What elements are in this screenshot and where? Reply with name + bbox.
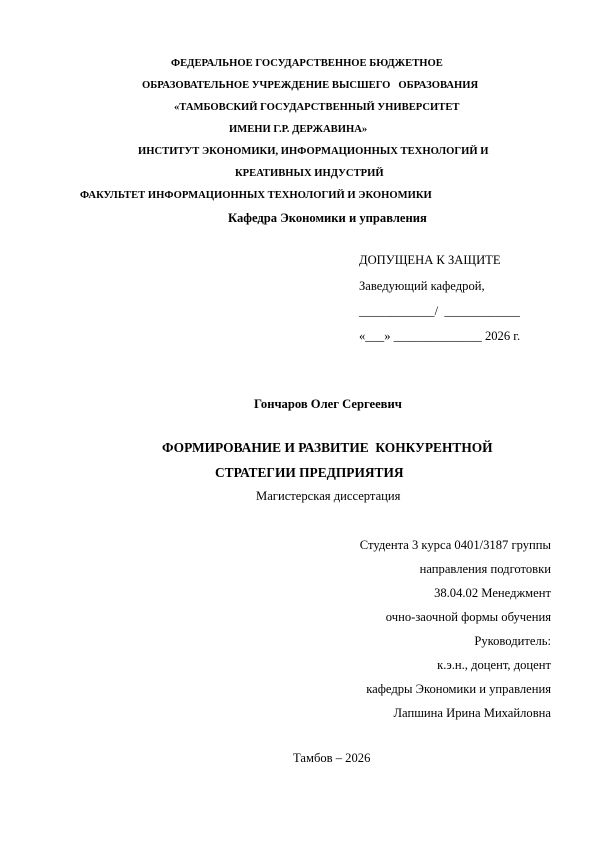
supervisor-name: Лапшина Ирина Михайловна [394, 707, 551, 720]
author-name: Гончаров Олег Сергеевич [254, 398, 402, 411]
supervisor-department: кафедры Экономики и управления [366, 683, 551, 696]
thesis-title-line-2: СТРАТЕГИИ ПРЕДПРИЯТИЯ [215, 466, 404, 479]
supervisor-degree: к.э.н., доцент, доцент [437, 659, 551, 672]
student-study-form: очно-заочной формы обучения [386, 611, 551, 624]
approval-signature-line: ____________/ ____________ [359, 305, 520, 318]
approval-role: Заведующий кафедрой, [359, 280, 485, 293]
header-line-institution-type: ОБРАЗОВАТЕЛЬНОЕ УЧРЕЖДЕНИЕ ВЫСШЕГО ОБРАЗ… [142, 81, 478, 92]
header-line-institute-cont: КРЕАТИВНЫХ ИНДУСТРИЙ [235, 169, 384, 180]
student-direction-code: 38.04.02 Менеджмент [434, 587, 551, 600]
thesis-type: Магистерская диссертация [256, 490, 400, 503]
header-line-faculty: ФАКУЛЬТЕТ ИНФОРМАЦИОННЫХ ТЕХНОЛОГИЙ И ЭК… [80, 191, 432, 202]
department-name: Кафедра Экономики и управления [228, 212, 427, 225]
thesis-title-line-1: ФОРМИРОВАНИЕ И РАЗВИТИЕ КОНКУРЕНТНОЙ [162, 441, 493, 454]
header-line-institute: ИНСТИТУТ ЭКОНОМИКИ, ИНФОРМАЦИОННЫХ ТЕХНО… [138, 147, 489, 158]
approval-date-line: «___» ______________ 2026 г. [359, 330, 520, 343]
city-year: Тамбов – 2026 [293, 752, 370, 765]
supervisor-label: Руководитель: [474, 635, 551, 648]
header-line-university: «ТАМБОВСКИЙ ГОСУДАРСТВЕННЫЙ УНИВЕРСИТЕТ [174, 103, 459, 114]
student-course-group: Студента 3 курса 0401/3187 группы [360, 539, 551, 552]
student-direction-label: направления подготовки [420, 563, 551, 576]
header-line-university-name: ИМЕНИ Г.Р. ДЕРЖАВИНА» [229, 125, 367, 136]
header-line-federal: ФЕДЕРАЛЬНОЕ ГОСУДАРСТВЕННОЕ БЮДЖЕТНОЕ [171, 59, 443, 70]
approval-title: ДОПУЩЕНА К ЗАЩИТЕ [359, 254, 501, 267]
